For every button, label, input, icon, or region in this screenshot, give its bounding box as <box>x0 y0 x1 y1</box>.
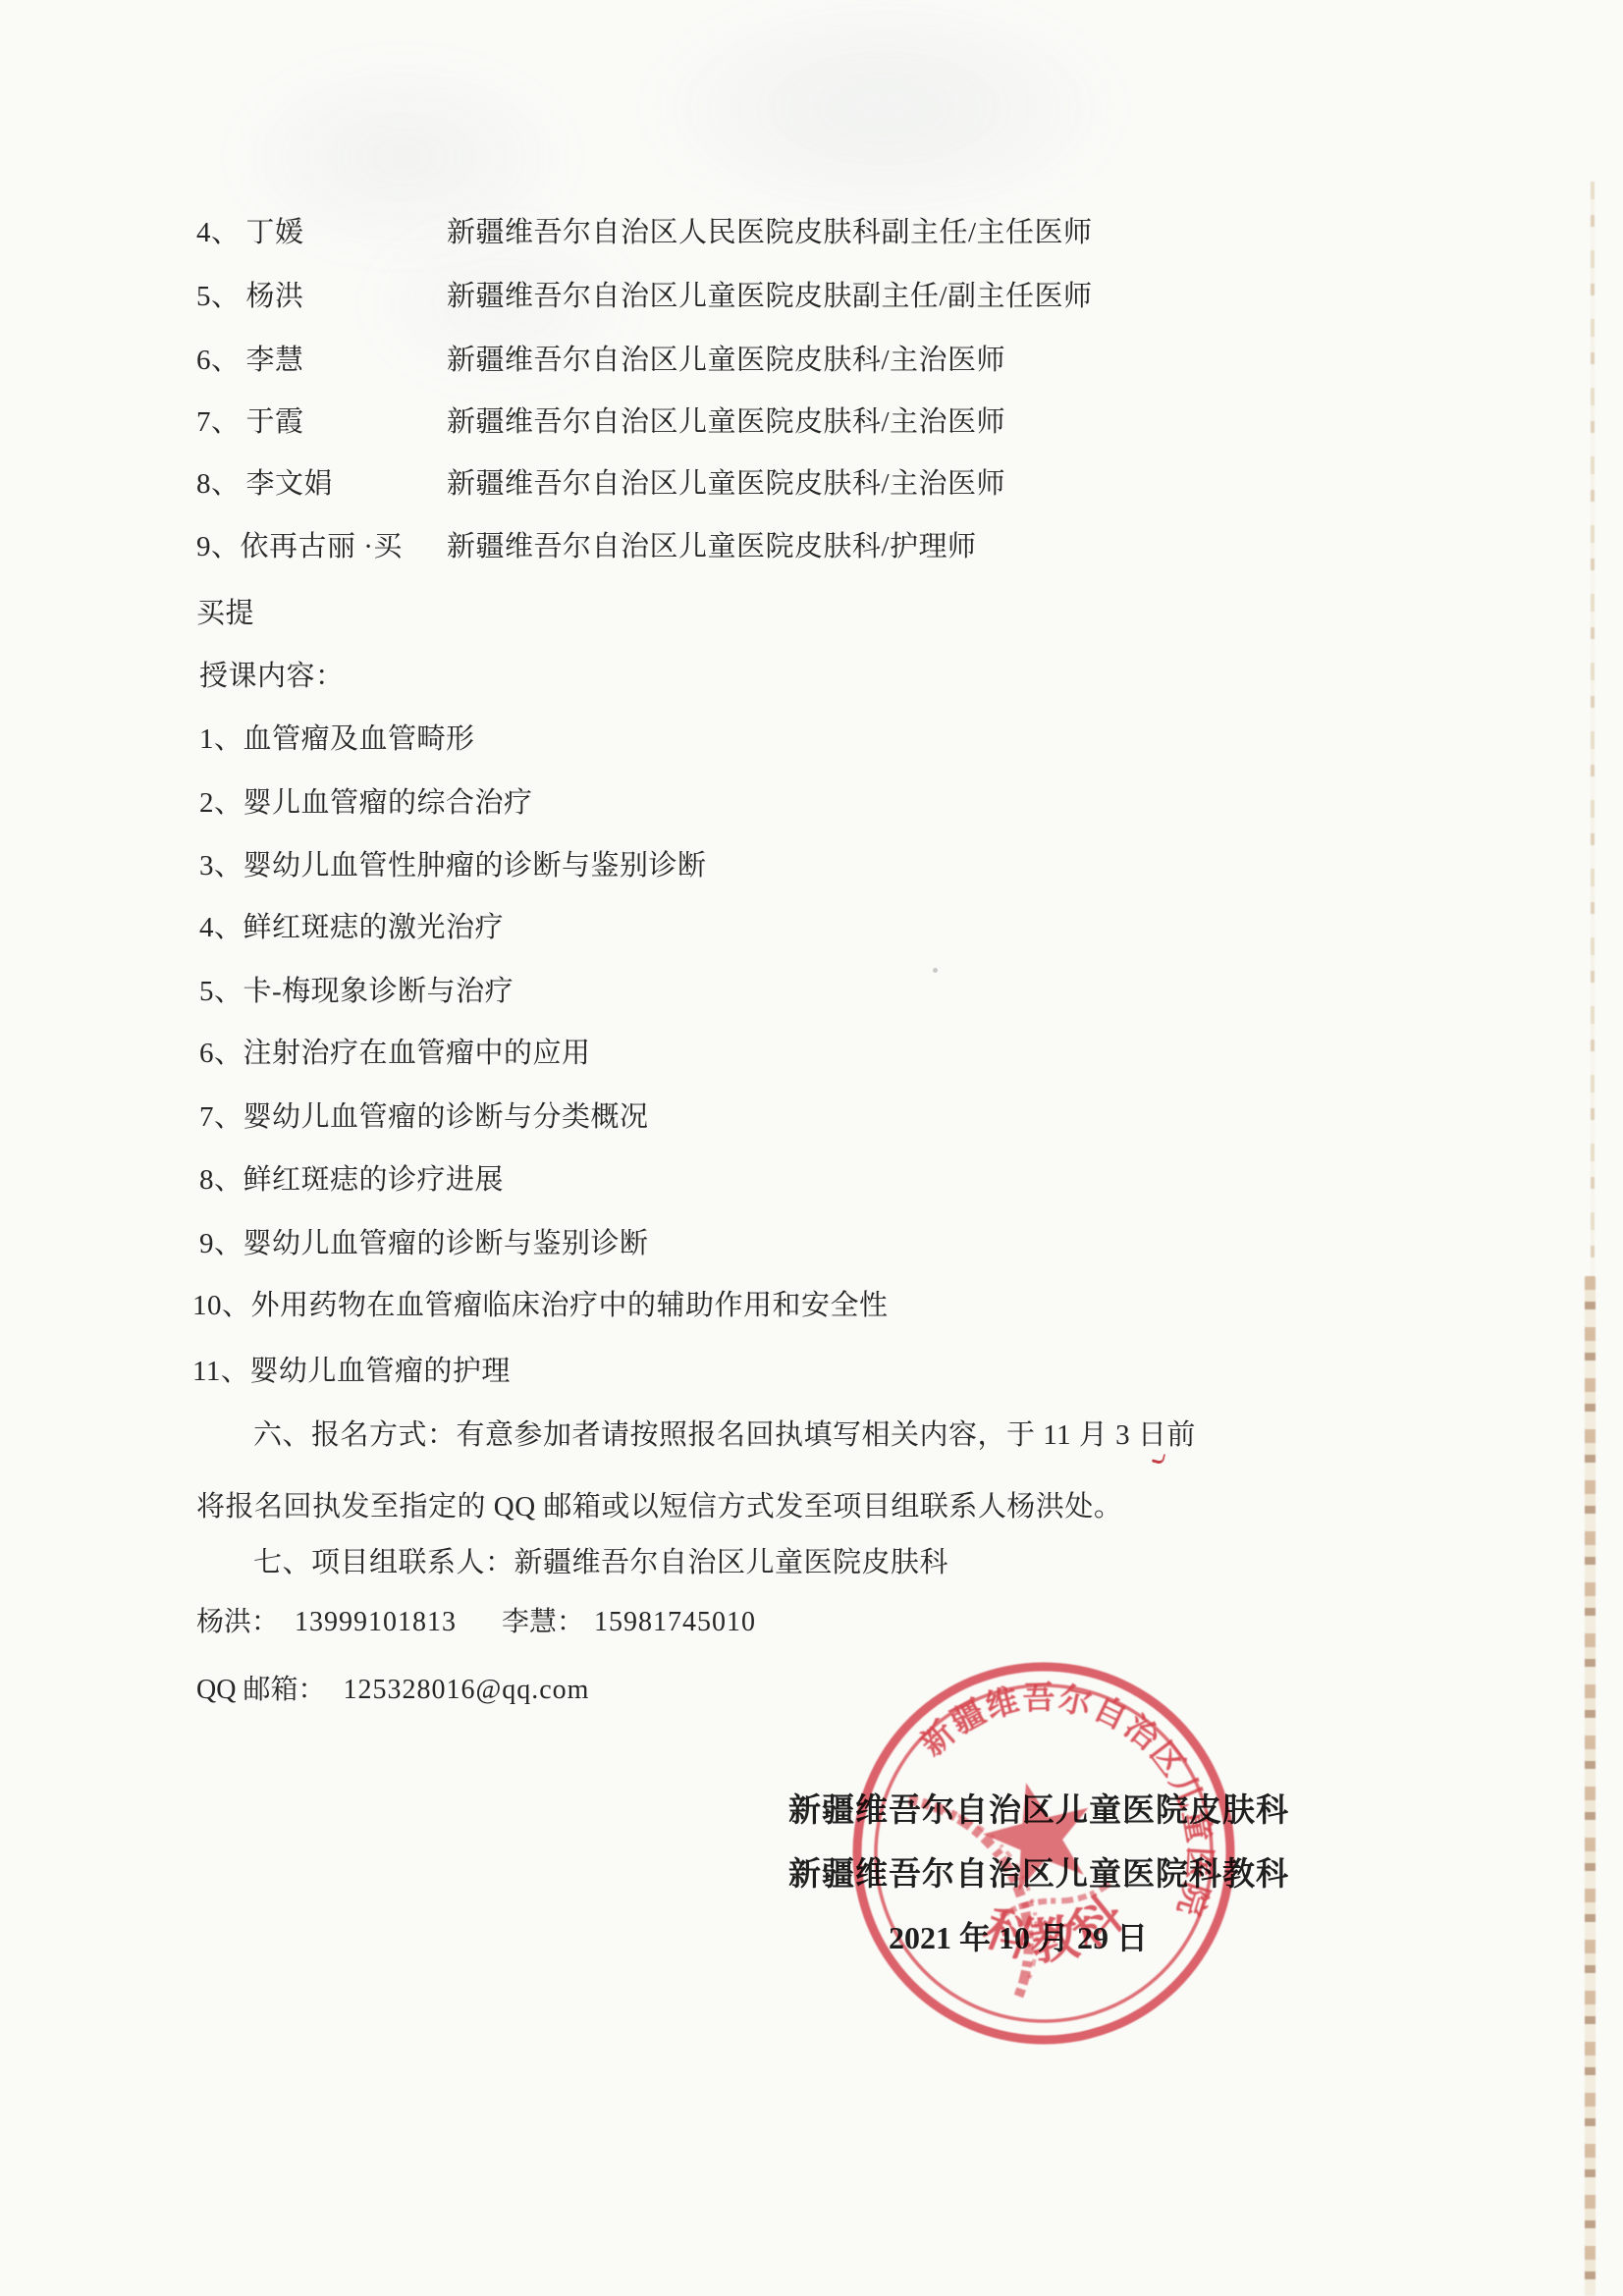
registration-paragraph-line1: 六、报名方式：有意参加者请按照报名回执填写相关内容，于 11 月 3 日前 <box>196 1415 1196 1455</box>
roster-name: 丁媛 <box>246 213 304 252</box>
course-item: 3、婴幼儿血管性肿瘤的诊断与鉴别诊断 <box>199 846 707 885</box>
contact-heading: 七、项目组联系人：新疆维吾尔自治区儿童医院皮肤科 <box>196 1543 948 1582</box>
course-item: 10、外用药物在血管瘤临床治疗中的辅助作用和安全性 <box>192 1286 889 1325</box>
roster-number: 5、 <box>196 277 241 316</box>
roster-name: 李文娟 <box>246 464 334 504</box>
roster-affiliation: 新疆维吾尔自治区儿童医院皮肤科/主治医师 <box>447 341 1005 380</box>
course-item: 2、婴儿血管瘤的综合治疗 <box>199 783 533 823</box>
course-item: 6、注射治疗在血管瘤中的应用 <box>199 1034 591 1073</box>
course-item: 4、鲜红斑痣的激光治疗 <box>199 908 504 947</box>
contact-phone: 13999101813 <box>295 1603 457 1642</box>
roster-affiliation: 新疆维吾尔自治区儿童医院皮肤科/主治医师 <box>447 464 1005 504</box>
contact-label: 杨洪： <box>196 1603 279 1642</box>
roster-name: 依再古丽 ·买 <box>241 527 403 566</box>
course-item: 5、卡-梅现象诊断与治疗 <box>199 972 514 1011</box>
roster-name: 杨洪 <box>246 277 304 316</box>
stamp-seal: 新疆维吾尔自治区儿童医院 科教科 <box>791 1601 1296 2106</box>
course-item: 11、婴幼儿血管瘤的护理 <box>192 1352 511 1391</box>
roster-number: 7、 <box>196 402 241 442</box>
roster-row: 5、杨洪 新疆维吾尔自治区儿童医院皮肤副主任/副主任医师 <box>196 277 1093 316</box>
roster-row: 6、李慧 新疆维吾尔自治区儿童医院皮肤科/主治医师 <box>196 341 1005 380</box>
roster-name: 于霞 <box>246 402 304 442</box>
contact-label: 李慧： <box>502 1603 584 1642</box>
contact-phone: 15981745010 <box>594 1603 756 1642</box>
star-icon <box>974 1770 1104 1896</box>
roster-number: 8、 <box>196 464 241 504</box>
course-item: 8、鲜红斑痣的诊疗进展 <box>199 1160 504 1200</box>
roster-affiliation: 新疆维吾尔自治区儿童医院皮肤副主任/副主任医师 <box>447 277 1093 316</box>
scan-speck <box>933 968 938 973</box>
paper-edge-artifact <box>1585 1276 1596 2296</box>
course-item: 9、婴幼儿血管瘤的诊断与鉴别诊断 <box>199 1224 649 1263</box>
roster-row: 4、丁媛 新疆维吾尔自治区人民医院皮肤科副主任/主任医师 <box>196 213 1093 252</box>
roster-number: 9、 <box>196 527 241 566</box>
qq-value: 125328016@qq.com <box>343 1671 589 1710</box>
page-scan: 4、丁媛 新疆维吾尔自治区人民医院皮肤科副主任/主任医师 5、杨洪 新疆维吾尔自… <box>0 0 1623 2296</box>
stamp-bottom-text: 科教科 <box>965 1868 1144 1989</box>
qq-label: QQ 邮箱： <box>196 1671 325 1710</box>
bleedthrough-ghost <box>147 10 658 304</box>
roster-number: 4、 <box>196 213 241 252</box>
scanned-document-page: { "page": { "background": "#fafaf7", "in… <box>0 0 1623 2296</box>
roster-row: 9、依再古丽 ·买 新疆维吾尔自治区儿童医院皮肤科/护理师 <box>196 527 977 566</box>
qq-mail-line: QQ 邮箱： 125328016@qq.com <box>196 1671 589 1710</box>
contact-line: 杨洪： 13999101813 李慧： 15981745010 <box>196 1603 756 1642</box>
roster-affiliation: 新疆维吾尔自治区人民医院皮肤科副主任/主任医师 <box>447 213 1093 252</box>
official-stamp: 新疆维吾尔自治区儿童医院 科教科 <box>791 1601 1296 2106</box>
course-item: 1、血管瘤及血管畸形 <box>199 720 475 759</box>
roster-number: 6、 <box>196 341 241 380</box>
course-item: 7、婴幼儿血管瘤的诊断与分类概况 <box>199 1097 649 1137</box>
roster-row: 8、李文娟 新疆维吾尔自治区儿童医院皮肤科/主治医师 <box>196 464 1005 504</box>
course-heading: 授课内容： <box>199 657 345 696</box>
roster-name: 李慧 <box>246 341 304 380</box>
roster-affiliation: 新疆维吾尔自治区儿童医院皮肤科/主治医师 <box>447 402 1005 442</box>
red-proof-mark <box>1152 1452 1165 1466</box>
roster-affiliation: 新疆维吾尔自治区儿童医院皮肤科/护理师 <box>447 527 977 566</box>
registration-paragraph-line2: 将报名回执发至指定的 QQ 邮箱或以短信方式发至项目组联系人杨洪处。 <box>196 1487 1122 1526</box>
roster-row: 7、于霞 新疆维吾尔自治区儿童医院皮肤科/主治医师 <box>196 402 1005 442</box>
roster-wrap-line: 买提 <box>196 594 254 633</box>
paper-edge-artifact <box>1591 182 1595 1281</box>
